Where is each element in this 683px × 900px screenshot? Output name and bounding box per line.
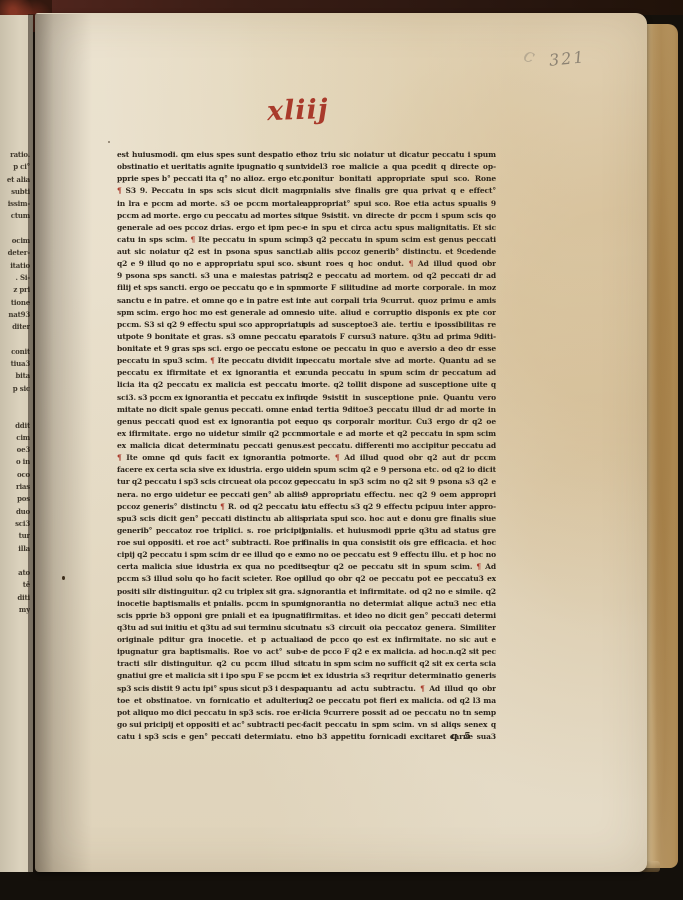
text-line: in lra e pccm ad morte. s3 oe pccm morta…: [117, 198, 304, 210]
pencil-foliation-number: 321: [548, 47, 586, 70]
text-line: sunt roes q hoc ondut. ¶ Ad illud quod o…: [303, 258, 496, 270]
facing-page-fragment: deter-: [0, 247, 30, 259]
facing-page-fragment: et alia: [0, 174, 30, 186]
text-line: ex ifirmitate. ergo no uidetur similr q2…: [117, 428, 304, 440]
facing-page-fragment: issim-: [0, 198, 30, 210]
text-line: que 9sistit. vn directe dr pccm i spum s…: [303, 210, 496, 222]
facing-page-fragment: nat93: [0, 309, 30, 321]
text-line: utpote 9 bonitate et gras. s3 omne pecca…: [117, 331, 304, 343]
facing-page-fragment: subti: [0, 186, 30, 198]
text-line: gnatiui gre et malicia sit i ipo spu F s…: [117, 670, 304, 682]
pilcrow-rubric: ¶: [476, 562, 481, 571]
text-line: licia ita q2 peccatu ex malicia est pecc…: [117, 379, 304, 391]
text-line: cipij q2 peccatu i spm scim dr ee illud …: [117, 549, 304, 561]
text-line: inocetie baptismalis et pnialis. pccm in…: [117, 598, 304, 610]
text-line: ab aliis pccoz generib° distinctu. et 9c…: [303, 246, 496, 258]
text-line: quantu ad actu subtractu. ¶ Ad illud qo …: [303, 683, 496, 695]
facing-page-fragment: ato: [0, 567, 30, 579]
text-line: pccm ad morte. ergo cu peccatu ad mortes…: [117, 210, 304, 222]
text-column-right: hoz triu sic noiatur ut dicatur peccatu …: [303, 149, 496, 743]
text-line: generale ad oes pccoz drias. ergo et ipm…: [117, 222, 304, 234]
text-line: quo qs corporalr moritur. Cu3 ergo dr q2…: [303, 416, 496, 428]
text-line: ipugnatur gra baptismalis. Roe vo act° s…: [117, 646, 304, 658]
facing-page-fragment: pos: [0, 493, 30, 505]
text-line: sci3. s3 pccm ex ignorantia et peccatu e…: [117, 392, 304, 404]
text-line: ad tertia 9ditoe3 peccatu illud dr ad mo…: [303, 404, 496, 416]
text-line: nera. no ergo uidetur ee peccati gen° ab…: [117, 489, 304, 501]
folio-number: xliij: [266, 94, 329, 127]
text-line: originale pditur gra inocetie. et p actu…: [117, 634, 304, 646]
facing-page-text-fragments: ratio.p ci°et aliasubtiissim-ctumocimdet…: [0, 149, 30, 616]
text-line: catu in sps scim. ¶ Ite peccatu in spum …: [117, 234, 304, 246]
text-line: obstinatio et ueritatis agnite ipugnatio…: [117, 161, 304, 173]
text-line: licia 9currere possit ad oe peccatu no t…: [303, 707, 496, 719]
facing-page-fragment: duo: [0, 506, 30, 518]
text-line: facere ex certa scia sive ex idustria. e…: [117, 464, 304, 476]
text-line: mortale e ad morte et q2 peccatu in spm …: [303, 428, 496, 440]
text-line: go sui pricipij et oppositi et ac° subtr…: [117, 719, 304, 731]
facing-page-fragment: my: [0, 604, 30, 616]
text-line: tracti silr distinguitur. q2 cu pccm ill…: [117, 658, 304, 670]
facing-page-fragment: tē: [0, 579, 30, 591]
text-line: spm scim. ergo hoc mo est generale ad om…: [117, 307, 304, 319]
text-line: pnialis. et huiusmodi pprie q3tu ad stat…: [303, 525, 496, 537]
facing-page-fragment: oe3: [0, 444, 30, 456]
pilcrow-rubric: ¶: [220, 502, 225, 511]
text-line: finalis in qua consistit ois gre efficac…: [303, 537, 496, 549]
text-line: pccm s3 illud solu qo ho facit scieter. …: [117, 573, 304, 585]
text-line: natu s3 circuit oia peccatoz genera. Sim…: [303, 622, 496, 634]
text-line: od de pcco qo est ex infirmitate. no sic…: [303, 634, 496, 646]
text-line: te aut corpali tria 9currut. quoz primu …: [303, 295, 496, 307]
text-column-left: est huiusmodi. qm eius spes sunt despati…: [117, 149, 304, 743]
text-line: cunda peccatu in spum scim dr peccatum a…: [303, 367, 496, 379]
text-line: scis pprie b3 opponi gre pniali et ea ip…: [117, 610, 304, 622]
facing-page-fragment: [0, 407, 30, 419]
text-line: q2 e peccatu ad mortem. od q2 peccati dr…: [303, 270, 496, 282]
pilcrow-rubric: ¶: [335, 453, 340, 462]
facing-page-sliver: ratio.p ci°et aliasubtiissim-ctumocimdet…: [0, 15, 33, 872]
text-line: q3tu ad sui initiu et q3tu ad sui termin…: [117, 622, 304, 634]
facing-page-fragment: oco: [0, 469, 30, 481]
facing-page-fragment: [0, 555, 30, 567]
text-line: aut sic noiatur q2 est in psona spus san…: [117, 246, 304, 258]
text-line: ¶ S3 9. Peccatu in sps scis sicut dicit …: [117, 185, 304, 197]
text-line: peccatu in spu3 scim. ¶ Ite peccatu divi…: [117, 355, 304, 367]
text-line: catu i sp3 scis e gen° peccati determiat…: [117, 731, 304, 743]
ink-speck: [62, 576, 65, 580]
text-line: ignorantia et infirmitate. od q2 no e si…: [303, 586, 496, 598]
facing-page-fragment: [0, 223, 30, 235]
text-line: pis ad susceptoe3 aie. tertiu e ipossibi…: [303, 319, 496, 331]
text-line: e in spu et circa actu spus malignitatis…: [303, 222, 496, 234]
text-line: pprie spes b° peccati ita q° no alioz. e…: [117, 173, 304, 185]
text-line: one oe peccatu in quo e aversio a deo dr…: [303, 343, 496, 355]
facing-page-fragment: diti: [0, 592, 30, 604]
text-line: sanctu e in patre. et omne qo e in patre…: [117, 295, 304, 307]
quire-signature-mark: q 5: [451, 732, 473, 742]
text-line: ifirmitas. et ideo no dicit gen° peccati…: [303, 610, 496, 622]
text-line: atu effectu s3 q2 9 effectu pcipuu inter…: [303, 501, 496, 513]
facing-page-fragment: bita: [0, 370, 30, 382]
text-line: pnialis sive finalis gre qua privat q e …: [303, 185, 496, 197]
text-line: ¶ Ite omne qd quis facit ex ignorantia p…: [117, 452, 304, 464]
text-line: in spum scim q2 e 9 persona etc. od q2 i…: [303, 464, 496, 476]
text-line: tur q2 peccatu i sp3 scis circueat oia p…: [117, 476, 304, 488]
text-line: certa malicia siue idustria ex qua no pc…: [117, 561, 304, 573]
text-line: mitate no dicit spale genus peccati. omn…: [117, 404, 304, 416]
facing-page-fragment: itatio: [0, 260, 30, 272]
pilcrow-rubric: ¶: [409, 259, 414, 268]
text-line: pccoz generis° distinctu ¶ R. od q2 pecc…: [117, 501, 304, 513]
facing-page-fragment: conit: [0, 346, 30, 358]
text-line: e de pcco F q2 e ex malicia. ad hoc.n.q2…: [303, 646, 496, 658]
text-line: illud qo obr q2 oe peccatu pot ee peccat…: [303, 573, 496, 585]
text-line: 9 appropriatu effectu. nec q2 9 oem appr…: [303, 489, 496, 501]
text-line: p3 q2 peccatu in spum scim est genus pec…: [303, 234, 496, 246]
text-line: spu3 scis dicit gen° peccati distinctu a…: [117, 513, 304, 525]
fore-edge-page-stack: [644, 24, 678, 868]
text-line: facit peccatu in spm scim. vn si aliqs s…: [303, 719, 496, 731]
text-line: mo no oe peccatu est 9 effectu illu. et …: [303, 549, 496, 561]
text-line: genus peccati quod est ex ignorantia pot…: [117, 416, 304, 428]
facing-page-fragment: tiua3: [0, 358, 30, 370]
facing-page-fragment: o in: [0, 456, 30, 468]
text-line: pccm. S3 si q2 9 effectu spui sco approp…: [117, 319, 304, 331]
text-line: morte F silitudine ad morte corporale. i…: [303, 282, 496, 294]
facing-page-fragment: rias: [0, 481, 30, 493]
facing-page-fragment: z pri: [0, 284, 30, 296]
text-line: et ex idustria s3 reqritur determinatio …: [303, 670, 496, 682]
facing-page-fragment: [0, 333, 30, 345]
text-line: ignorantia no determiat alique actu3 nec…: [303, 598, 496, 610]
facing-page-fragment: . Si-: [0, 272, 30, 284]
text-line: ex malicia dicat determinatu peccati gen…: [117, 440, 304, 452]
text-line: est peccatu. differenti mo accipitur pec…: [303, 440, 496, 452]
text-line: q2 oe peccatu pot fieri ex malicia. od q…: [303, 695, 496, 707]
facing-page-fragment: tione: [0, 297, 30, 309]
text-line: hoz triu sic noiatur ut dicatur peccatu …: [303, 149, 496, 161]
text-line: appropriat° spui sco. Roe etia actus spu…: [303, 198, 496, 210]
text-line: bonitate et 9 gras sps sci. ergo oe pecc…: [117, 343, 304, 355]
facing-page-fragment: cim: [0, 432, 30, 444]
facing-page-fragment: [0, 395, 30, 407]
text-line: generib° peccatoz roe triplici. s. roe p…: [117, 525, 304, 537]
facing-page-fragment: p ci°: [0, 161, 30, 173]
text-line: sio uite. aliud e corruptio disponis ex …: [303, 307, 496, 319]
facing-page-fragment: ddit: [0, 420, 30, 432]
ink-speck: [108, 141, 110, 143]
text-line: positi silr distinguitur. q2 cu triplex …: [117, 586, 304, 598]
facing-page-fragment: diter: [0, 321, 30, 333]
pilcrow-rubric: ¶: [117, 453, 122, 462]
text-line: morte. q2 tollit dispone ad susceptione …: [303, 379, 496, 391]
facing-page-fragment: illa: [0, 543, 30, 555]
text-line: morte. ¶ Ad illud quod obr q2 aut dr pcc…: [303, 452, 496, 464]
text-line: paratois F cursu3 nature. q3tu ad prima …: [303, 331, 496, 343]
facing-page-fragment: ctum: [0, 210, 30, 222]
pilcrow-rubric: ¶: [117, 186, 122, 195]
facing-page-fragment: tur: [0, 530, 30, 542]
text-line: peccatu mortale sive ad morte. Quantu ad…: [303, 355, 496, 367]
pilcrow-rubric: ¶: [420, 684, 425, 693]
facing-page-fragment: sci3: [0, 518, 30, 530]
facing-page-fragment: p sic: [0, 383, 30, 395]
text-line: roe sui oppositi. et roe act° subtracti.…: [117, 537, 304, 549]
text-line: filij et sps sancti. ergo oe peccatu qo …: [117, 282, 304, 294]
text-line: catu in spm scim no sufficit q2 sit ex c…: [303, 658, 496, 670]
text-line: est huiusmodi. qm eius spes sunt despati…: [117, 149, 304, 161]
pilcrow-rubric: ¶: [210, 356, 215, 365]
facing-page-fragment: ratio.: [0, 149, 30, 161]
text-line: sp3 scis distit 9 actu ipi° spus sicut p…: [117, 683, 304, 695]
text-line: 9 psona sps sancti. s3 una e maiestas pa…: [117, 270, 304, 282]
text-line: toe et obstinatoe. vn fornicatio et adul…: [117, 695, 304, 707]
text-line: priata spui sco. hoc aut e donu gre fina…: [303, 513, 496, 525]
text-line: peccatu in sp3 scim no q2 sit 9 psona s3…: [303, 476, 496, 488]
text-line: ponitur bonitati appropriate spui sco. R…: [303, 173, 496, 185]
text-line: seqtur q2 oe peccatu sit in spum scim. ¶…: [303, 561, 496, 573]
text-line: qde 9sistit in susceptione pnie. Quantu …: [303, 392, 496, 404]
text-line: q2 e 9 illud qo no e appropriatu spui sc…: [117, 258, 304, 270]
facing-page-fragment: ocim: [0, 235, 30, 247]
text-line: pot aliquo mo dici peccatu in sp3 scis. …: [117, 707, 304, 719]
pilcrow-rubric: ¶: [190, 235, 195, 244]
text-line: videl3 roe malicie a qua pcedit q direct…: [303, 161, 496, 173]
text-line: peccatu ex ifirmitate et ex ignorantia e…: [117, 367, 304, 379]
